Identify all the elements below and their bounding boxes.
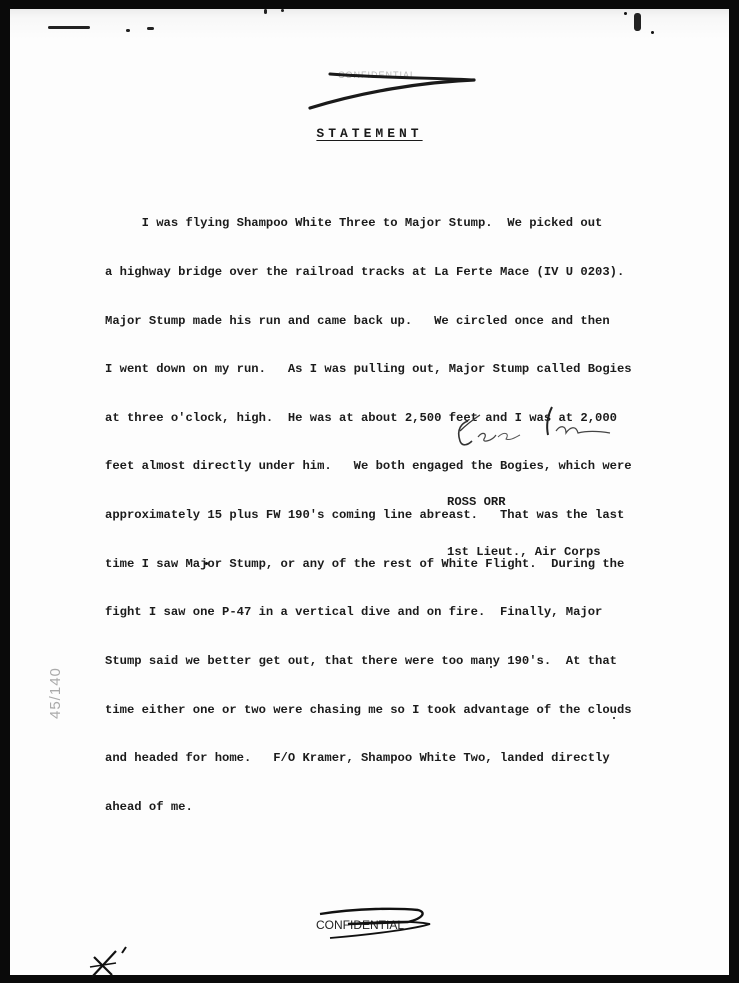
scan-smudge (48, 26, 90, 29)
scan-speck (613, 717, 615, 719)
scan-speck (490, 666, 492, 668)
signer-block: ROSS ORR 1st Lieut., Air Corps (447, 461, 601, 593)
scan-speck (205, 562, 208, 565)
scan-smudge (264, 9, 267, 14)
confidential-stamp-bottom: CONFIDENTIAL (308, 904, 438, 944)
page-title: STATEMENT (10, 126, 729, 141)
text-line: ahead of me. (105, 799, 665, 815)
scan-smudge (126, 29, 130, 32)
strike-through-icon (302, 62, 487, 114)
document-page: CONFIDENTIAL STATEMENT I was flying Sham… (10, 9, 729, 975)
scan-smudge (147, 27, 154, 30)
text-line: fight I saw one P-47 in a vertical dive … (105, 604, 665, 620)
scribble-icon (308, 904, 438, 944)
signer-name: ROSS ORR (447, 494, 601, 511)
scan-speck (651, 31, 654, 34)
text-line: a highway bridge over the railroad track… (105, 264, 665, 280)
handwritten-mark-icon (86, 945, 136, 979)
text-line: I went down on my run. As I was pulling … (105, 361, 665, 377)
text-line: I was flying Shampoo White Three to Majo… (105, 215, 665, 231)
text-line: Stump said we better get out, that there… (105, 653, 665, 669)
text-line: Major Stump made his run and came back u… (105, 313, 665, 329)
text-line: time either one or two were chasing me s… (105, 702, 665, 718)
scan-smudge (634, 13, 641, 31)
confidential-stamp-top: CONFIDENTIAL (302, 62, 487, 114)
text-line: and headed for home. F/O Kramer, Shampoo… (105, 750, 665, 766)
scan-smudge (281, 9, 284, 12)
margin-note: 45/140 (47, 667, 64, 719)
signer-rank: 1st Lieut., Air Corps (447, 544, 601, 561)
scan-speck (624, 12, 627, 15)
signature-icon (448, 401, 618, 457)
